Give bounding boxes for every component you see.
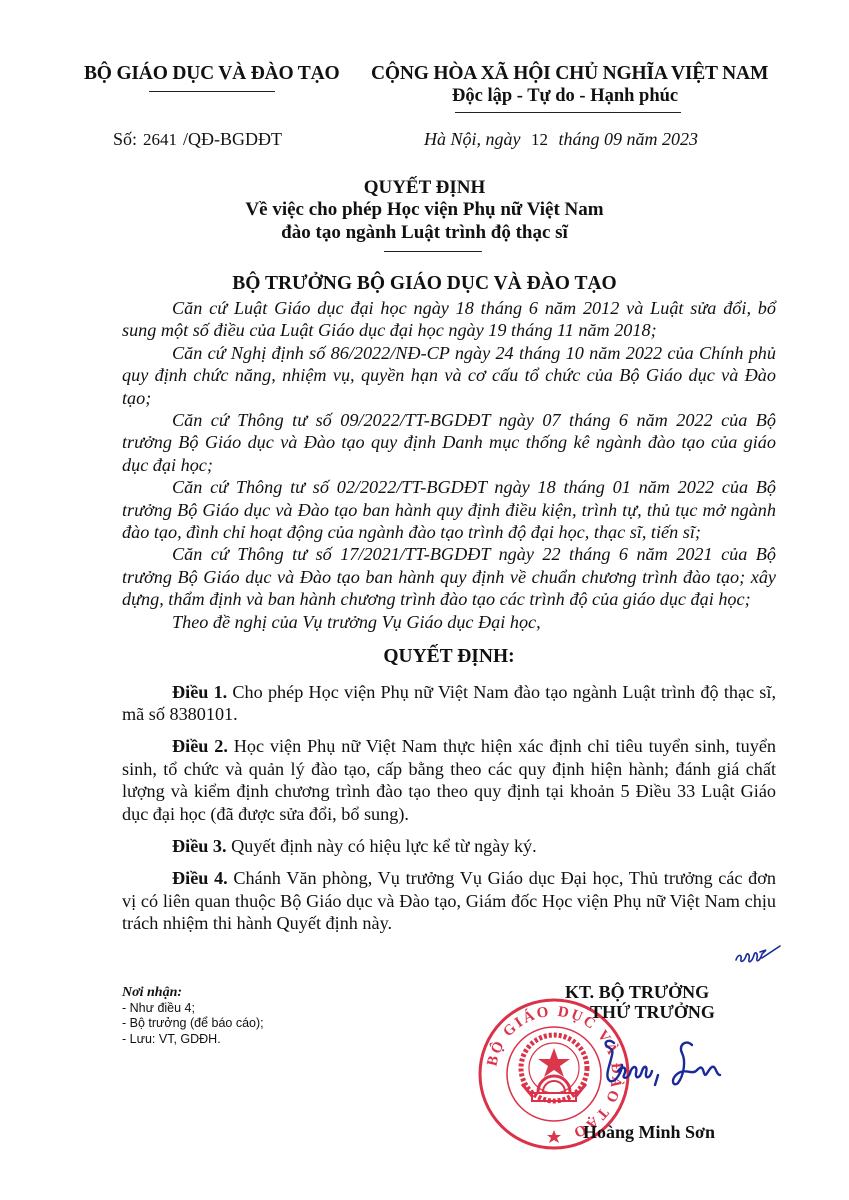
- document-number-value: 2641: [143, 130, 177, 149]
- recipients-block: Nơi nhận: - Như điều 4; - Bộ trưởng (để …: [122, 985, 264, 1047]
- subject-line-2: đào tạo ngành Luật trình độ thạc sĩ: [0, 222, 849, 244]
- date-year: năm 2023: [627, 129, 699, 149]
- recipients-heading: Nơi nhận:: [122, 985, 264, 1001]
- preamble-clause: Căn cứ Nghị định số 86/2022/NĐ-CP ngày 2…: [122, 342, 776, 409]
- national-motto: Độc lập - Tự do - Hạnh phúc: [452, 86, 678, 107]
- title-underline: [384, 251, 482, 252]
- document-number-label: Số:: [113, 129, 137, 149]
- article-label: Điều 3.: [172, 836, 227, 856]
- document-number-suffix: /QĐ-BGDĐT: [183, 129, 282, 149]
- article-2: Điều 2. Học viện Phụ nữ Việt Nam thực hi…: [122, 735, 776, 825]
- issue-date: Hà Nội, ngày 12 tháng 09 năm 2023: [424, 129, 698, 150]
- article-label: Điều 4.: [172, 868, 228, 888]
- document-number: Số:2641/QĐ-BGDĐT: [113, 129, 282, 150]
- issuing-agency: BỘ GIÁO DỤC VÀ ĐÀO TẠO: [84, 63, 339, 85]
- article-3: Điều 3. Quyết định này có hiệu lực kể từ…: [122, 835, 776, 857]
- article-4: Điều 4. Chánh Văn phòng, Vụ trưởng Vụ Gi…: [122, 867, 776, 934]
- handwritten-initials-icon: [732, 942, 784, 968]
- decision-heading: QUYẾT ĐỊNH:: [122, 646, 776, 668]
- document-type: QUYẾT ĐỊNH: [0, 177, 849, 199]
- preamble-clause: Căn cứ Thông tư số 02/2022/TT-BGDĐT ngày…: [122, 476, 776, 543]
- preamble-clause: Căn cứ Luật Giáo dục đại học ngày 18 thá…: [122, 297, 776, 342]
- document-body: Căn cứ Luật Giáo dục đại học ngày 18 thá…: [122, 297, 776, 945]
- recipient-item: - Bộ trưởng (để báo cáo);: [122, 1016, 264, 1032]
- signatory-position: THỨ TRƯỞNG: [590, 1002, 715, 1023]
- recipient-item: - Lưu: VT, GDĐH.: [122, 1032, 264, 1048]
- date-month-label: tháng: [559, 129, 600, 149]
- signer-name: Hoàng Minh Sơn: [583, 1122, 715, 1143]
- date-month: 09: [604, 129, 622, 149]
- handwritten-signature-icon: [600, 1035, 740, 1100]
- motto-underline: [455, 112, 681, 113]
- preamble-clause: Căn cứ Thông tư số 17/2021/TT-BGDĐT ngày…: [122, 543, 776, 610]
- subject-line-1: Về việc cho phép Học viện Phụ nữ Việt Na…: [0, 199, 849, 221]
- article-label: Điều 2.: [172, 736, 228, 756]
- date-day: 12: [531, 130, 548, 149]
- recipient-item: - Như điều 4;: [122, 1001, 264, 1017]
- preamble-clause: Theo đề nghị của Vụ trưởng Vụ Giáo dục Đ…: [122, 611, 776, 633]
- signatory-on-behalf: KT. BỘ TRƯỞNG: [565, 982, 709, 1003]
- national-title: CỘNG HÒA XÃ HỘI CHỦ NGHĨA VIỆT NAM: [371, 63, 768, 85]
- date-prefix: Hà Nội, ngày: [424, 129, 521, 149]
- agency-underline: [149, 91, 275, 92]
- issuing-authority: BỘ TRƯỞNG BỘ GIÁO DỤC VÀ ĐÀO TẠO: [0, 273, 849, 295]
- article-label: Điều 1.: [172, 682, 227, 702]
- preamble-clause: Căn cứ Thông tư số 09/2022/TT-BGDĐT ngày…: [122, 409, 776, 476]
- article-1: Điều 1. Cho phép Học viện Phụ nữ Việt Na…: [122, 681, 776, 726]
- article-text: Quyết định này có hiệu lực kể từ ngày ký…: [227, 836, 537, 856]
